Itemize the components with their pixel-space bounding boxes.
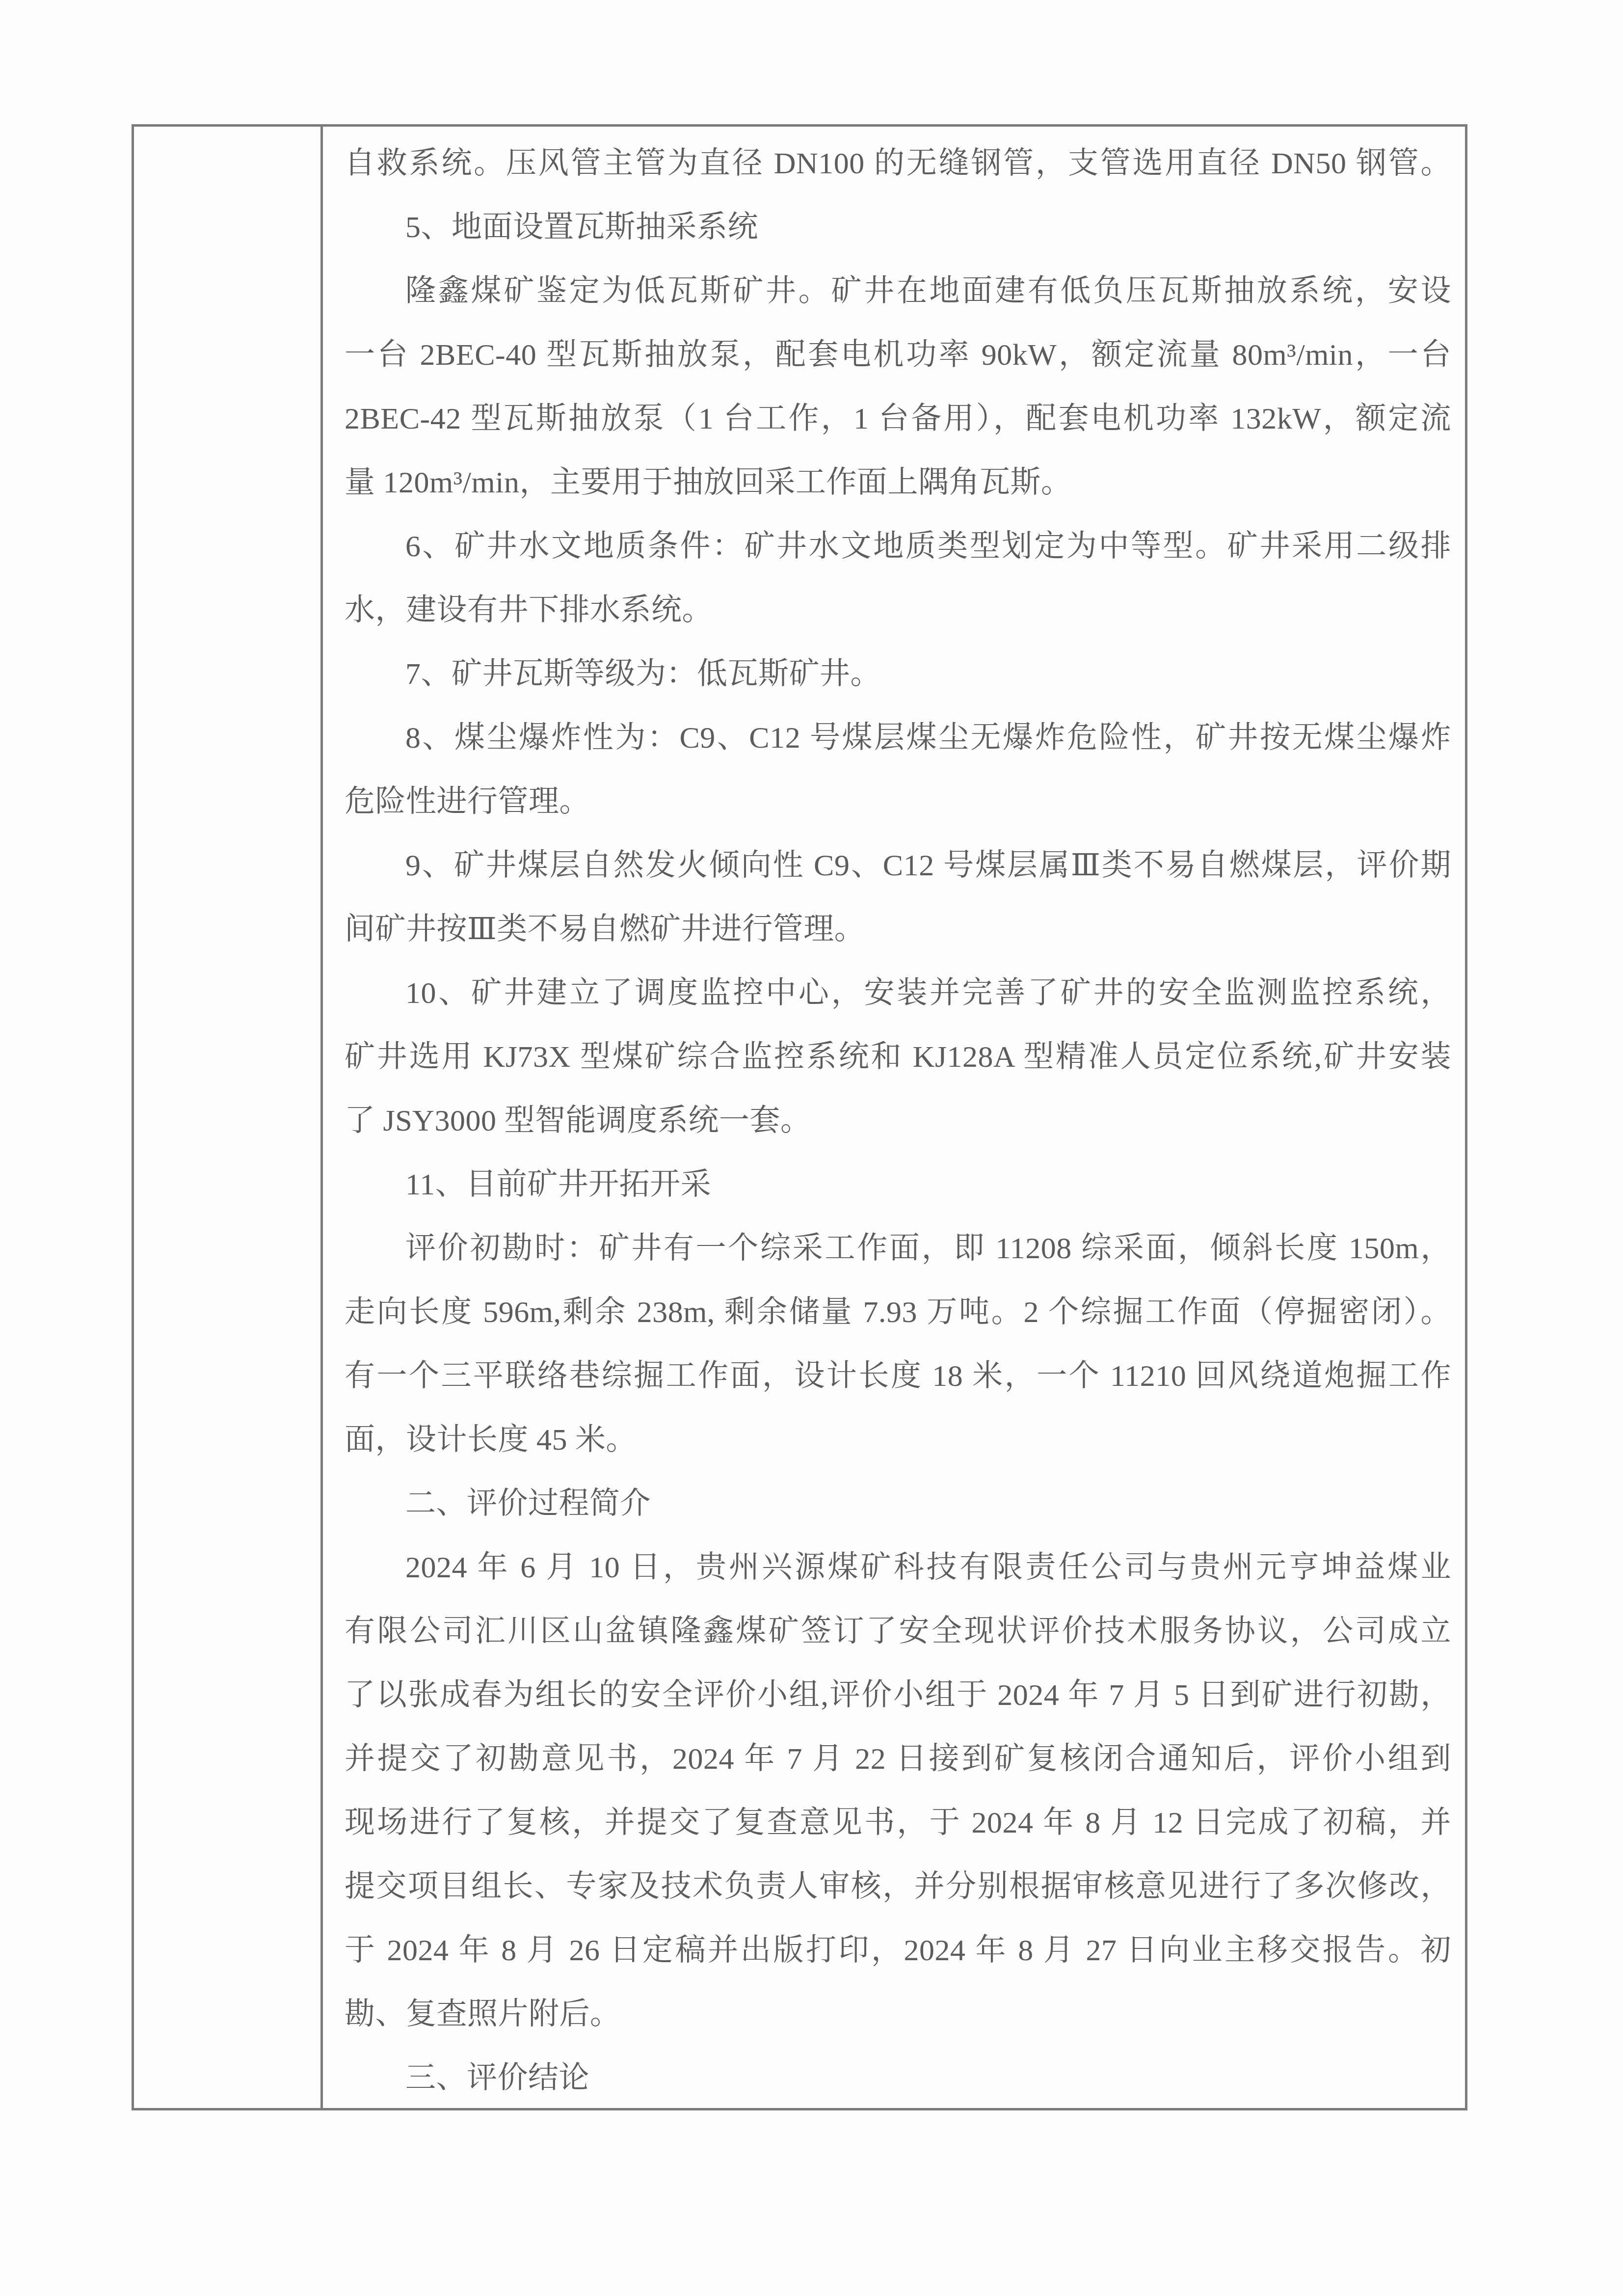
text-line: 提交项目组长、专家及技术负责人审核，并分别根据审核意见进行了多次修改， [345, 1855, 1451, 1918]
text-line: 9、矿井煤层自然发火倾向性 C9、C12 号煤层属Ⅲ类不易自燃煤层，评价期 [345, 834, 1451, 897]
text-line: 2024 年 6 月 10 日，贵州兴源煤矿科技有限责任公司与贵州元亨坤益煤业 [345, 1536, 1451, 1599]
text-line: 水，建设有井下排水系统。 [345, 578, 1451, 642]
scanned-page: 自救系统。压风管主管为直径 DN100 的无缝钢管，支管选用直径 DN50 钢管… [0, 0, 1623, 2296]
text-line: 评价初勘时：矿井有一个综采工作面，即 11208 综采面，倾斜长度 150m， [345, 1216, 1451, 1280]
report-table: 自救系统。压风管主管为直径 DN100 的无缝钢管，支管选用直径 DN50 钢管… [132, 124, 1467, 2110]
text-line: 了以张成春为组长的安全评价小组,评价小组于 2024 年 7 月 5 日到矿进行… [345, 1663, 1451, 1727]
text-line: 现场进行了复核，并提交了复查意见书，于 2024 年 8 月 12 日完成了初稿… [345, 1791, 1451, 1855]
text-line: 二、评价过程简介 [345, 1472, 1451, 1536]
text-line: 三、评价结论 [345, 2046, 1451, 2108]
text-line: 走向长度 596m,剩余 238m, 剩余储量 7.93 万吨。2 个综掘工作面… [345, 1280, 1451, 1344]
text-line: 矿井选用 KJ73X 型煤矿综合监控系统和 KJ128A 型精准人员定位系统,矿… [345, 1025, 1451, 1089]
text-line: 11、目前矿井开拓开采 [345, 1153, 1451, 1216]
text-line: 2BEC-42 型瓦斯抽放泵（1 台工作，1 台备用），配套电机功率 132kW… [345, 387, 1451, 451]
table-left-column-cell [134, 127, 323, 2108]
text-line: 5、地面设置瓦斯抽采系统 [345, 195, 1451, 259]
text-line: 隆鑫煤矿鉴定为低瓦斯矿井。矿井在地面建有低负压瓦斯抽放系统，安设 [345, 259, 1451, 323]
text-line: 危险性进行管理。 [345, 770, 1451, 834]
text-line: 一台 2BEC-40 型瓦斯抽放泵，配套电机功率 90kW，额定流量 80m³/… [345, 323, 1451, 387]
text-line: 勘、复查照片附后。 [345, 1982, 1451, 2046]
text-line: 并提交了初勘意见书，2024 年 7 月 22 日接到矿复核闭合通知后，评价小组… [345, 1727, 1451, 1791]
text-line: 自救系统。压风管主管为直径 DN100 的无缝钢管，支管选用直径 DN50 钢管… [345, 132, 1451, 195]
text-line: 量 120m³/min，主要用于抽放回采工作面上隅角瓦斯。 [345, 451, 1451, 514]
text-line: 面，设计长度 45 米。 [345, 1408, 1451, 1472]
text-line: 6、矿井水文地质条件：矿井水文地质类型划定为中等型。矿井采用二级排 [345, 514, 1451, 578]
text-line: 了 JSY3000 型智能调度系统一套。 [345, 1089, 1451, 1153]
text-line: 10、矿井建立了调度监控中心，安装并完善了矿井的安全监测监控系统， [345, 961, 1451, 1025]
text-line: 有限公司汇川区山盆镇隆鑫煤矿签订了安全现状评价技术服务协议，公司成立 [345, 1599, 1451, 1663]
text-line: 间矿井按Ⅲ类不易自燃矿井进行管理。 [345, 897, 1451, 961]
text-line: 有一个三平联络巷综掘工作面，设计长度 18 米，一个 11210 回风绕道炮掘工… [345, 1344, 1451, 1408]
text-line: 于 2024 年 8 月 26 日定稿并出版打印，2024 年 8 月 27 日… [345, 1918, 1451, 1982]
table-text-cell: 自救系统。压风管主管为直径 DN100 的无缝钢管，支管选用直径 DN50 钢管… [323, 127, 1465, 2108]
text-line: 8、煤尘爆炸性为：C9、C12 号煤层煤尘无爆炸危险性，矿井按无煤尘爆炸 [345, 706, 1451, 770]
text-line: 7、矿井瓦斯等级为：低瓦斯矿井。 [345, 642, 1451, 706]
